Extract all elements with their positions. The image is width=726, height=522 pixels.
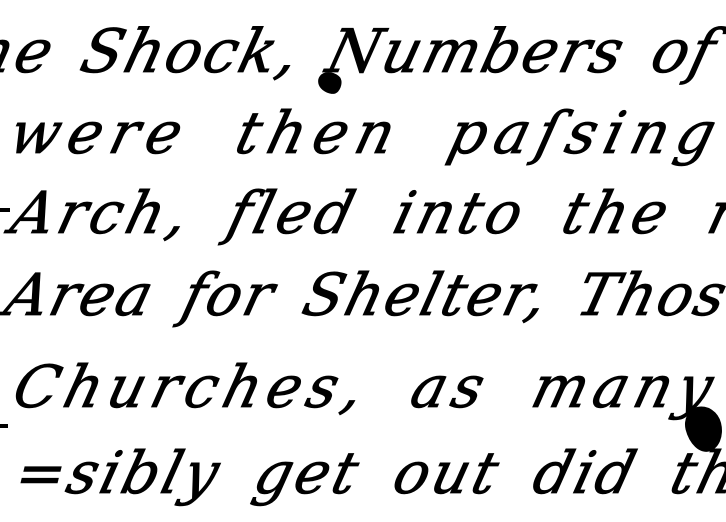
manuscript-page: he Shock, Numbers of Peo were then paſsi… <box>0 0 726 522</box>
edge-ink-mark <box>0 424 8 428</box>
edge-ink-mark <box>0 208 10 212</box>
manuscript-line-4: Area for Shelter, Those i <box>0 266 726 324</box>
manuscript-line-3: Arch, fled into the mi <box>6 184 726 242</box>
manuscript-line-1: he Shock, Numbers of Peo <box>0 22 726 82</box>
manuscript-line-6: =sibly get out did the <box>10 444 726 502</box>
manuscript-line-5: Churches, as many as <box>8 358 726 416</box>
manuscript-line-2: were then paſsing un <box>4 104 726 162</box>
